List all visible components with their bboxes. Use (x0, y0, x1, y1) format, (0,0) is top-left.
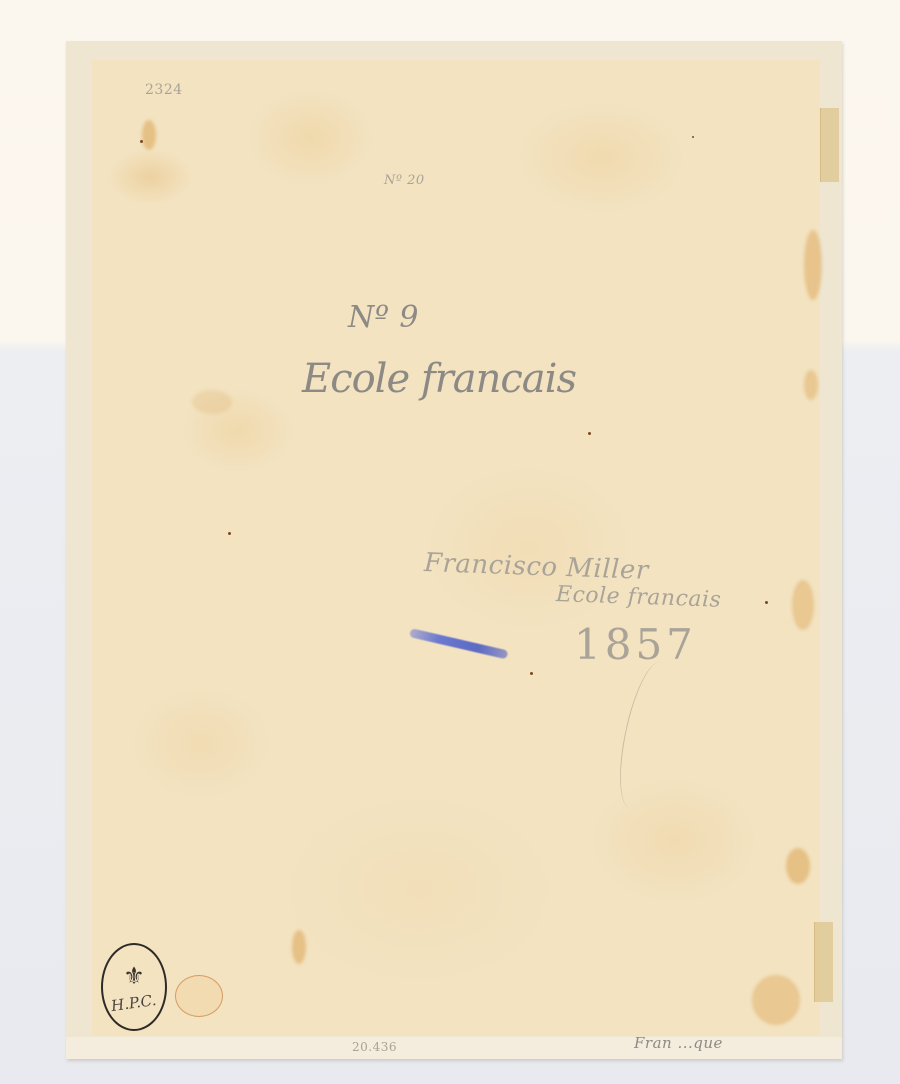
foxing-spot (765, 601, 768, 604)
foxing-stain (804, 230, 822, 300)
foxing-spot (228, 532, 231, 535)
foxing-stain (792, 580, 814, 630)
collector-stamp-initials: H.P.C. (110, 991, 157, 1015)
inscription-top-left-number: 2324 (145, 82, 183, 98)
hinge-tape (820, 108, 839, 182)
foxing-stain (142, 120, 156, 150)
foxing-stain (292, 930, 306, 964)
foxing-stain (752, 975, 800, 1025)
mount-inventory-number: 20.436 (352, 1040, 397, 1054)
foxing-spot (530, 672, 533, 675)
foxing-spot (140, 140, 143, 143)
foxing-spot (588, 432, 591, 435)
orange-round-stamp (175, 975, 223, 1017)
inscription-top-number: Nº 20 (384, 173, 425, 188)
hinge-tape (814, 922, 833, 1002)
collector-stamp: ⚜ H.P.C. (101, 943, 167, 1031)
crest-icon: ⚜ (123, 964, 145, 988)
mount-note: Fran ...que (634, 1034, 723, 1052)
mount-bottom-strip (66, 1037, 842, 1059)
foxing-stain (786, 848, 810, 884)
foxing-stain (804, 370, 818, 400)
inscription-year: 1857 (574, 620, 697, 669)
inscription-main-school: Ecole francais (302, 356, 576, 402)
foxing-stain (192, 390, 232, 414)
drawing-sheet-verso (92, 60, 820, 1036)
foxing-spot (692, 136, 694, 138)
inscription-main-number: Nº 9 (348, 300, 419, 335)
